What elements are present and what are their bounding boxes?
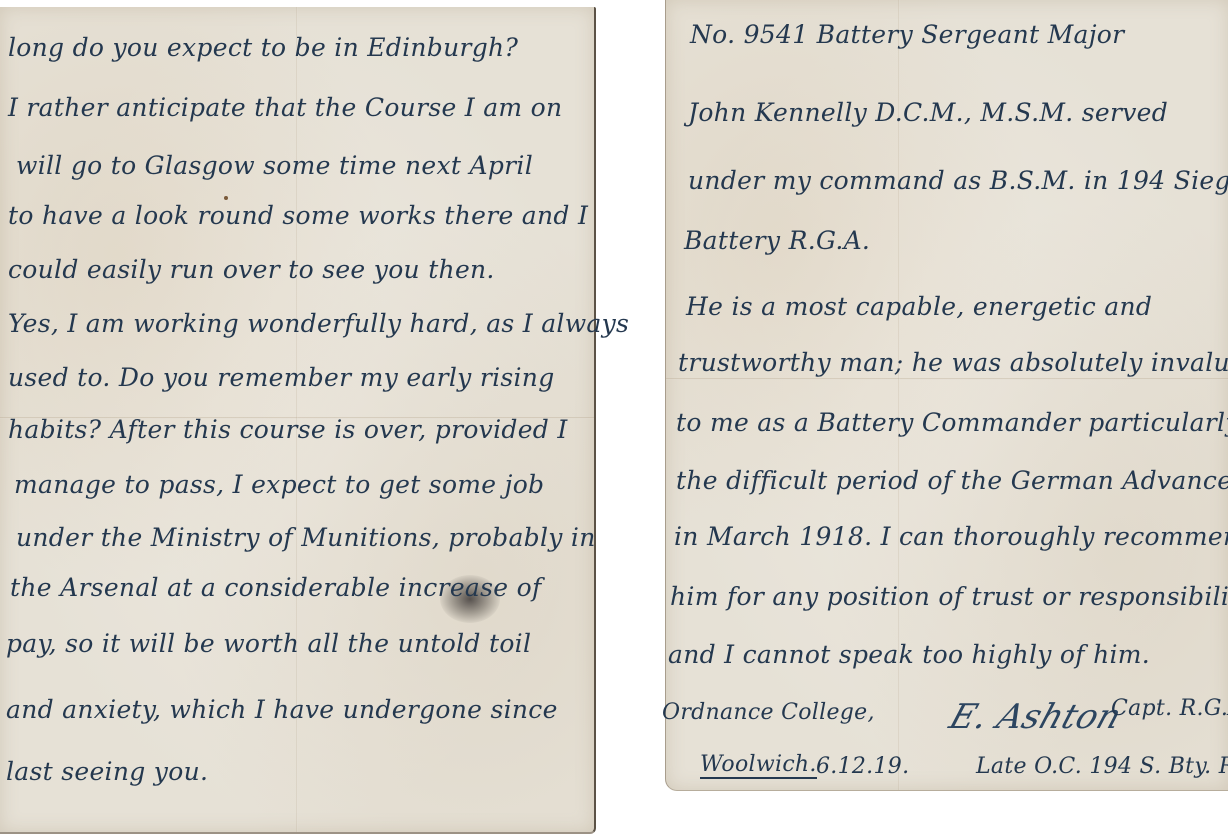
signature-title: Capt. R.G.A.	[1111, 698, 1228, 720]
letter-line: could easily run over to see you then.	[8, 257, 495, 282]
letter-line: last seeing you.	[6, 759, 208, 784]
letter-page-left: long do you expect to be in Edinburgh? I…	[0, 7, 596, 834]
letter-line: and anxiety, which I have undergone sinc…	[6, 697, 558, 722]
fold-crease	[666, 378, 1228, 380]
letter-date: 6.12.19.	[816, 756, 909, 778]
reference-line: in March 1918. I can thoroughly recommen…	[674, 524, 1228, 549]
reference-line: to me as a Battery Commander particularl…	[676, 410, 1228, 435]
reference-line: and I cannot speak too highly of him.	[668, 642, 1150, 667]
paper-speck	[224, 196, 228, 200]
letter-line: pay, so it will be worth all the untold …	[6, 631, 531, 656]
letter-line: manage to pass, I expect to get some job	[14, 472, 544, 497]
reference-line: under my command as B.S.M. in 194 Sieg	[688, 168, 1228, 193]
reference-line: the difficult period of the German Advan…	[676, 468, 1228, 493]
letter-line: long do you expect to be in Edinburgh?	[8, 35, 518, 60]
letter-line: will go to Glasgow some time next April	[16, 153, 533, 178]
address-line: Ordnance College,	[662, 702, 875, 724]
letter-line: Yes, I am working wonderfully hard, as I…	[8, 311, 629, 336]
letter-page-right: No. 9541 Battery Sergeant Major John Ken…	[665, 0, 1228, 791]
reference-line: No. 9541 Battery Sergeant Major	[690, 22, 1124, 47]
signature: E. Ashton	[945, 700, 1125, 734]
letter-line: under the Ministry of Munitions, probabl…	[16, 525, 596, 550]
reference-line: He is a most capable, energetic and	[686, 294, 1152, 319]
reference-line: him for any position of trust or respons…	[670, 584, 1228, 609]
address-line: Woolwich.	[700, 754, 817, 779]
letter-line: to have a look round some works there an…	[8, 203, 588, 228]
reference-line: trustworthy man; he was absolutely inval…	[678, 350, 1228, 375]
reference-line: John Kennelly D.C.M., M.S.M. served	[688, 100, 1168, 125]
signature-subtitle: Late O.C. 194 S. Bty. R.G.A.	[976, 756, 1228, 778]
letter-line: habits? After this course is over, provi…	[8, 417, 568, 442]
letter-line: the Arsenal at a considerable increase o…	[10, 575, 542, 600]
letter-line: used to. Do you remember my early rising	[8, 365, 555, 390]
letter-line: I rather anticipate that the Course I am…	[8, 95, 562, 120]
reference-line: Battery R.G.A.	[684, 228, 870, 253]
